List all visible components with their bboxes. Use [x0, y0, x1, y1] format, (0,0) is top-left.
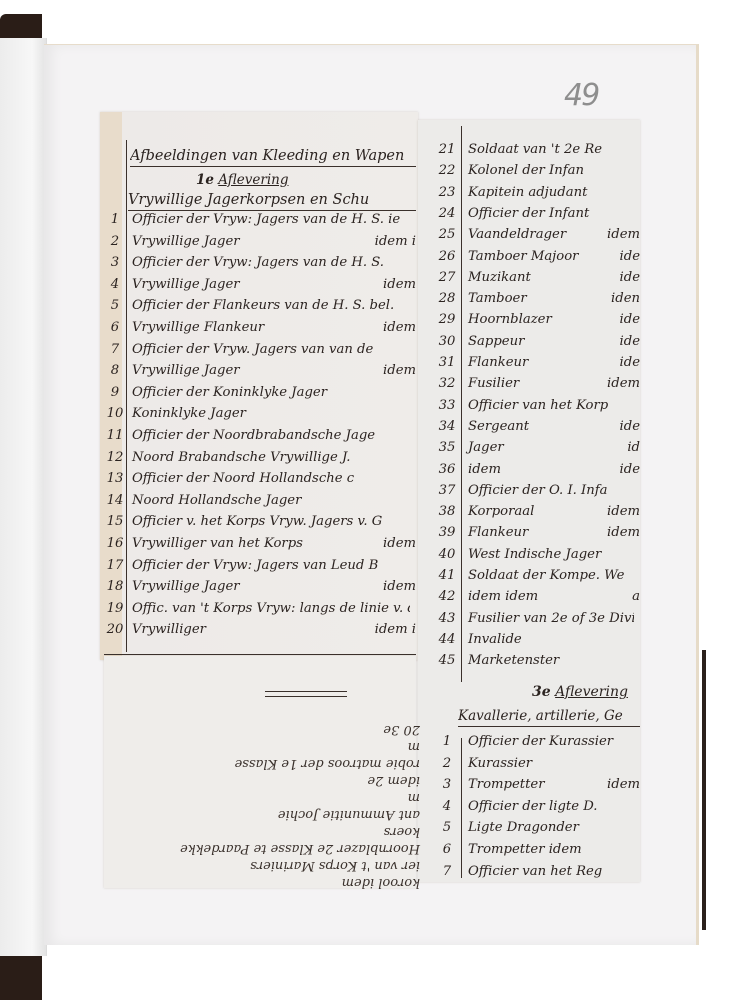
entry-text: Ligte Dragonder	[462, 820, 634, 835]
upside-down-line: ier van 't Korps Mariniers	[120, 856, 420, 873]
section3-title: Aflevering	[555, 684, 628, 700]
entry-text: idem idem	[462, 589, 626, 604]
list-item: 3Trompetteridem	[432, 777, 640, 798]
list-item: 42idem idema	[432, 589, 640, 610]
entry-text: Offic. van 't Korps Vryw: langs de linie…	[126, 601, 410, 616]
list-item: 13Officier der Noord Hollandsche c	[104, 471, 416, 492]
entry-number: 35	[432, 440, 462, 455]
entry-number: 29	[432, 312, 462, 327]
entry-number: 40	[432, 547, 462, 562]
upside-down-line: robie matroos der 1e Klasse	[120, 754, 420, 771]
list-item: 12Noord Brabandsche Vrywillige J.	[104, 450, 416, 471]
upside-down-line: ant Ammunitie Jochie	[120, 805, 420, 822]
entry-number: 30	[432, 334, 462, 349]
entry-idem: ide	[614, 419, 640, 434]
list-item: 18Vrywillige Jageridem	[104, 579, 416, 600]
list-item: 27Muzikantide	[432, 270, 640, 291]
entry-number: 22	[432, 163, 462, 178]
upside-down-line: 20 3e	[120, 720, 420, 737]
entry-idem: a	[626, 589, 640, 604]
entry-number: 2	[432, 756, 462, 771]
entry-text: Officier van het Reg	[462, 864, 634, 879]
list-item: 35Jagerid	[432, 440, 640, 461]
list-item: 20Vrywilligeridem i	[104, 622, 416, 643]
entry-text: Koninklyke Jager	[126, 406, 410, 421]
entry-number: 32	[432, 376, 462, 391]
list-item: 33Officier van het Korp	[432, 398, 640, 419]
entry-number: 43	[432, 611, 462, 626]
entry-number: 13	[104, 471, 126, 486]
entry-number: 4	[104, 277, 126, 292]
list-item: 30Sappeuride	[432, 334, 640, 355]
list-item: 19Offic. van 't Korps Vryw: langs de lin…	[104, 601, 416, 622]
entry-number: 2	[104, 234, 126, 249]
list-item: 21Soldaat van 't 2e Re	[432, 142, 640, 163]
entry-text: Vrywillige Flankeur	[126, 320, 377, 335]
entry-number: 42	[432, 589, 462, 604]
entry-text: Officier der Infant	[462, 206, 634, 221]
list-item: 37Officier der O. I. Infa	[432, 483, 640, 504]
entry-number: 25	[432, 227, 462, 242]
entry-text: Vaandeldrager	[462, 227, 601, 242]
entry-text: Sappeur	[462, 334, 614, 349]
list-item: 23Kapitein adjudant	[432, 185, 640, 206]
entry-idem: ide	[614, 270, 640, 285]
entry-number: 38	[432, 504, 462, 519]
list-item: 7Officier der Vryw. Jagers van van de	[104, 342, 416, 363]
entry-text: Officier der Vryw: Jagers van de H. S. i…	[126, 212, 410, 227]
entry-text: Officier der Vryw: Jagers van de H. S.	[126, 255, 410, 270]
entry-text: Officier der Vryw. Jagers van van de	[126, 342, 410, 357]
entry-number: 8	[104, 363, 126, 378]
upside-down-line: idem 2e	[120, 771, 420, 788]
list-item: 24Officier der Infant	[432, 206, 640, 227]
entry-idem: idem	[377, 579, 416, 594]
list-item: 44Invalide	[432, 632, 640, 653]
entry-number: 10	[104, 406, 126, 421]
entry-number: 7	[432, 864, 462, 879]
entry-text: Vrywillige Jager	[126, 363, 377, 378]
list-item: 28Tamboeriden	[432, 291, 640, 312]
entry-number: 5	[432, 820, 462, 835]
entry-text: Officier der O. I. Infa	[462, 483, 634, 498]
entry-text: Officier der ligte D.	[462, 799, 634, 814]
entry-number: 19	[104, 601, 126, 616]
entry-text: Fusilier van 2e of 3e Divisie	[462, 611, 634, 626]
section3-heading: 3e Aflevering	[532, 684, 640, 700]
entry-number: 24	[432, 206, 462, 221]
entry-text: Vrywillige Jager	[126, 579, 377, 594]
entry-number: 11	[104, 428, 126, 443]
section3-subtitle: Kavallerie, artillerie, Ge	[458, 708, 640, 727]
entry-text: Tamboer Majoor	[462, 249, 614, 264]
entry-text: Soldaat der Kompe. We	[462, 568, 634, 583]
list-item: 15Officier v. het Korps Vryw. Jagers v. …	[104, 514, 416, 535]
list-item: 43Fusilier van 2e of 3e Divisie	[432, 611, 640, 632]
entry-number: 14	[104, 493, 126, 508]
entry-number: 7	[104, 342, 126, 357]
list-item: 26Tamboer Majooride	[432, 249, 640, 270]
entry-idem: ide	[614, 249, 640, 264]
entry-number: 37	[432, 483, 462, 498]
entry-idem: idem	[377, 320, 416, 335]
list-item: 2Kurassier	[432, 756, 640, 777]
list-item: 25Vaandeldrageridem	[432, 227, 640, 248]
entry-idem: id	[621, 440, 640, 455]
entry-text: Kapitein adjudant	[462, 185, 634, 200]
entry-text: Kolonel der Infan	[462, 163, 634, 178]
entry-text: Officier der Noord Hollandsche c	[126, 471, 410, 486]
upside-down-line: koers	[120, 822, 420, 839]
entry-number: 17	[104, 558, 126, 573]
entry-number: 31	[432, 355, 462, 370]
entry-number: 3	[104, 255, 126, 270]
entry-text: Officier der Vryw: Jagers van Leud B	[126, 558, 410, 573]
entry-text: Flankeur	[462, 525, 601, 540]
entry-text: Officier der Noordbrabandsche Jage	[126, 428, 410, 443]
list-item: 38Korporaalidem	[432, 504, 640, 525]
entry-number: 5	[104, 298, 126, 313]
entry-idem: idem	[377, 536, 416, 551]
entry-number: 23	[432, 185, 462, 200]
entry-text: Vrywillige Jager	[126, 234, 369, 249]
entry-number: 44	[432, 632, 462, 647]
upside-down-line: Hoornblazer 2e Klasse te Paardekke	[120, 839, 420, 856]
entry-number: 26	[432, 249, 462, 264]
entry-idem: ide	[614, 334, 640, 349]
entry-number: 12	[104, 450, 126, 465]
list-item: 32Fusilieridem	[432, 376, 640, 397]
entry-number: 16	[104, 536, 126, 551]
entry-number: 18	[104, 579, 126, 594]
entry-text: idem	[462, 462, 614, 477]
entry-number: 15	[104, 514, 126, 529]
list-item: 7Officier van het Reg	[432, 864, 640, 885]
entry-number: 27	[432, 270, 462, 285]
entry-number: 4	[432, 799, 462, 814]
list-item: 8Vrywillige Jageridem	[104, 363, 416, 384]
entry-idem: idem	[601, 525, 640, 540]
list-item: 4Vrywillige Jageridem	[104, 277, 416, 298]
entry-idem: idem	[601, 504, 640, 519]
entry-number: 9	[104, 385, 126, 400]
entry-idem: idem	[601, 376, 640, 391]
entry-text: Hoornblazer	[462, 312, 614, 327]
upside-down-text-block: korool idemier van 't Korps MariniersHoo…	[120, 720, 420, 890]
double-rule-divider	[265, 691, 347, 697]
entry-text: Noord Brabandsche Vrywillige J.	[126, 450, 410, 465]
entry-text: Officier der Kurassier	[462, 734, 634, 749]
entry-number: 3	[432, 777, 462, 792]
entry-idem: idem i	[369, 234, 416, 249]
upside-down-line: korool idem	[120, 873, 420, 890]
entry-text: Fusilier	[462, 376, 601, 391]
list-item: 11Officier der Noordbrabandsche Jage	[104, 428, 416, 449]
entry-idem: idem	[601, 227, 640, 242]
entry-idem: idem i	[369, 622, 416, 637]
entry-number: 1	[432, 734, 462, 749]
list-item: 5Ligte Dragonder	[432, 820, 640, 841]
entry-number: 21	[432, 142, 462, 157]
list-item: 40West Indische Jager	[432, 547, 640, 568]
sheet-title: Afbeeldingen van Kleeding en Wapen	[130, 148, 416, 167]
upside-down-line: m	[120, 737, 420, 754]
entry-text: Soldaat van 't 2e Re	[462, 142, 634, 157]
sheet-subtitle: 1e Aflevering	[196, 172, 289, 188]
list-item: 1Officier der Kurassier	[432, 734, 640, 755]
entry-number: 33	[432, 398, 462, 413]
entry-number: 34	[432, 419, 462, 434]
entry-number: 39	[432, 525, 462, 540]
list-item: 2Vrywillige Jageridem i	[104, 234, 416, 255]
list-item: 4Officier der ligte D.	[432, 799, 640, 820]
entry-idem: ide	[614, 355, 640, 370]
entry-idem: ide	[614, 462, 640, 477]
list-item: 39Flankeuridem	[432, 525, 640, 546]
entry-number: 28	[432, 291, 462, 306]
entry-text: Trompetter idem	[462, 842, 634, 857]
sheet-bottom-rule	[104, 654, 416, 655]
entry-text: Muzikant	[462, 270, 614, 285]
list-item: 36idemide	[432, 462, 640, 483]
list-item: 10Koninklyke Jager	[104, 406, 416, 427]
list-item: 14Noord Hollandsche Jager	[104, 493, 416, 514]
list-item: 31Flankeuride	[432, 355, 640, 376]
entry-text: Vrywillige Jager	[126, 277, 377, 292]
list-item: 41Soldaat der Kompe. We	[432, 568, 640, 589]
entry-idem: idem	[377, 277, 416, 292]
entry-text: Officier van het Korp	[462, 398, 634, 413]
entry-number: 6	[104, 320, 126, 335]
list-item: 6Trompetter idem	[432, 842, 640, 863]
subtitle-prefix: 1e	[196, 172, 214, 188]
list-item: 34Sergeantide	[432, 419, 640, 440]
list-item: 29Hoornblazeride	[432, 312, 640, 333]
entry-number: 36	[432, 462, 462, 477]
entry-text: Officier v. het Korps Vryw. Jagers v. G	[126, 514, 410, 529]
list-item: 9Officier der Koninklyke Jager	[104, 385, 416, 406]
list-item: 3Officier der Vryw: Jagers van de H. S.	[104, 255, 416, 276]
entry-text: Vrywilliger	[126, 622, 369, 637]
entry-text: Kurassier	[462, 756, 634, 771]
facing-page-edge	[0, 38, 47, 956]
list-item: 17Officier der Vryw: Jagers van Leud B	[104, 558, 416, 579]
subtitle-text: Aflevering	[218, 172, 288, 188]
upside-down-line: m	[120, 788, 420, 805]
entry-text: Trompetter	[462, 777, 601, 792]
entry-text: Tamboer	[462, 291, 605, 306]
entry-text: Sergeant	[462, 419, 614, 434]
entry-text: Jager	[462, 440, 621, 455]
list-item: 1Officier der Vryw: Jagers van de H. S. …	[104, 212, 416, 233]
list-item: 6Vrywillige Flankeuridem	[104, 320, 416, 341]
entry-idem: iden	[605, 291, 640, 306]
entry-number: 20	[104, 622, 126, 637]
page-number: 49	[564, 78, 598, 113]
list-item: 45Marketenster	[432, 653, 640, 674]
entry-text: Officier der Flankeurs van de H. S. bel.	[126, 298, 410, 313]
entry-text: Vrywilliger van het Korps	[126, 536, 377, 551]
entry-idem: idem	[377, 363, 416, 378]
entry-number: 41	[432, 568, 462, 583]
entry-idem: idem	[601, 777, 640, 792]
section-heading: Vrywillige Jagerkorpsen en Schu	[128, 192, 416, 211]
entry-number: 1	[104, 212, 126, 227]
list-item: 22Kolonel der Infan	[432, 163, 640, 184]
entry-text: Officier der Koninklyke Jager	[126, 385, 410, 400]
entry-number: 6	[432, 842, 462, 857]
entry-text: West Indische Jager	[462, 547, 634, 562]
entry-text: Flankeur	[462, 355, 614, 370]
entry-text: Invalide	[462, 632, 634, 647]
entry-text: Korporaal	[462, 504, 601, 519]
list-item: 5Officier der Flankeurs van de H. S. bel…	[104, 298, 416, 319]
list-item: 16Vrywilliger van het Korpsidem	[104, 536, 416, 557]
entry-idem: ide	[614, 312, 640, 327]
section3-prefix: 3e	[532, 684, 551, 700]
entry-text: Marketenster	[462, 653, 634, 668]
entry-number: 45	[432, 653, 462, 668]
entry-text: Noord Hollandsche Jager	[126, 493, 410, 508]
